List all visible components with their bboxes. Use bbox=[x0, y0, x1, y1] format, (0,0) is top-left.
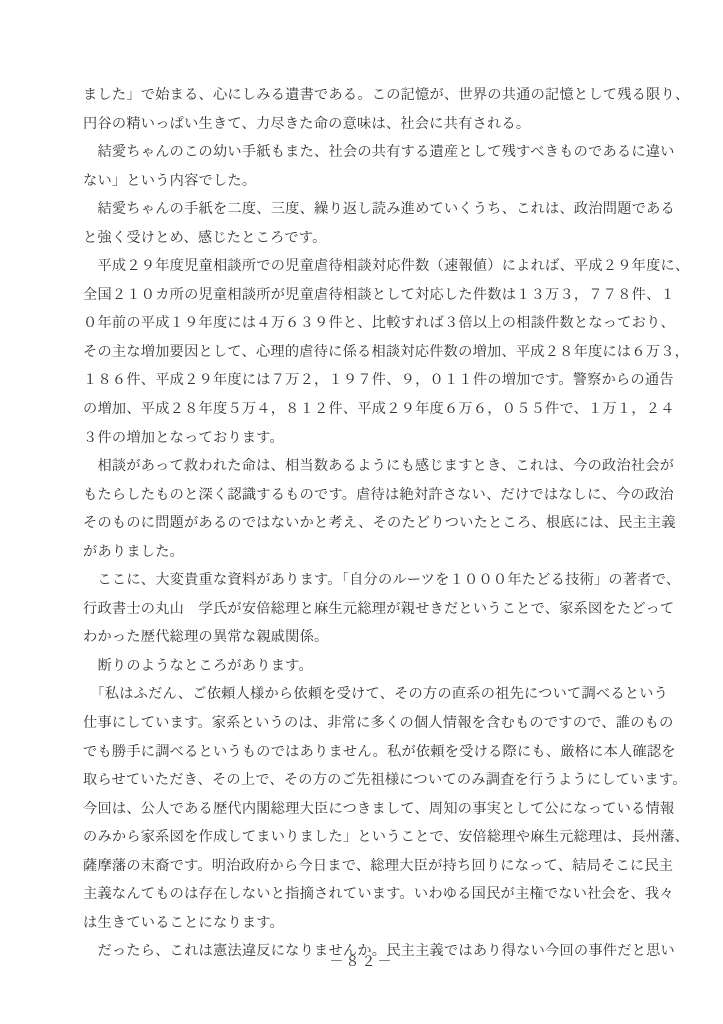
document-page: ました」で始まる、心にしみる遺書である。この記憶が、世界の共通の記憶として残る限… bbox=[0, 0, 723, 1024]
text-line: 断りのようなところがあります。 bbox=[83, 652, 679, 681]
text-line: その主な増加要因として、心理的虐待に係る相談対応件数の増加、平成２８年度には６万… bbox=[83, 338, 679, 367]
text-line: 円谷の精いっぱい生きて、力尽きた命の意味は、社会に共有される。 bbox=[83, 110, 679, 139]
page-number: －８２－ bbox=[330, 955, 394, 970]
text-line: と強く受けとめ、感じたところです。 bbox=[83, 224, 679, 253]
text-line: 行政書士の丸山 学氏が安倍総理と麻生元総理が親せきだということで、家系図をたどっ… bbox=[83, 595, 679, 624]
text-line: 「私はふだん、ご依頼人様から依頼を受けて、その方の直系の祖先について調べるという bbox=[83, 680, 679, 709]
text-line: 取らせていただき、その上で、その方のご先祖様についてのみ調査を行うようにしていま… bbox=[83, 766, 679, 795]
text-line: 結愛ちゃんの手紙を二度、三度、繰り返し読み進めていくうち、これは、政治問題である bbox=[83, 195, 679, 224]
text-line: ました」で始まる、心にしみる遺書である。この記憶が、世界の共通の記憶として残る限… bbox=[83, 81, 679, 110]
text-line: ない」という内容でした。 bbox=[83, 167, 679, 196]
text-line: １８６件、平成２９年度には７万２，１９７件、９，０１１件の増加です。警察からの通… bbox=[83, 366, 679, 395]
text-line: わかった歴代総理の異常な親戚関係。 bbox=[83, 623, 679, 652]
text-line: 全国２１０カ所の児童相談所が児童虐待相談として対応した件数は１３万３，７７８件、… bbox=[83, 281, 679, 310]
text-line: でも勝手に調べるというものではありません。私が依頼を受ける際にも、厳格に本人確認… bbox=[83, 738, 679, 767]
text-line: 主義なんてものは存在しないと指摘されています。いわゆる国民が主権でない社会を、我… bbox=[83, 880, 679, 909]
text-line: のみから家系図を作成してまいりました」ということで、安倍総理や麻生元総理は、長州… bbox=[83, 823, 679, 852]
text-line: そのものに問題があるのではないかと考え、そのたどりついたところ、根底には、民主主… bbox=[83, 509, 679, 538]
body-text: ました」で始まる、心にしみる遺書である。この記憶が、世界の共通の記憶として残る限… bbox=[83, 81, 679, 966]
text-line: は生きていることになります。 bbox=[83, 909, 679, 938]
text-line: もたらしたものと深く認識するものです。虐待は絶対許さない、だけではなしに、今の政… bbox=[83, 481, 679, 510]
text-line: 平成２９年度児童相談所での児童虐待相談対応件数（速報値）によれば、平成２９年度に… bbox=[83, 252, 679, 281]
text-line: 結愛ちゃんのこの幼い手紙もまた、社会の共有する遺産として残すべきものであるに違い bbox=[83, 138, 679, 167]
text-line: がありました。 bbox=[83, 538, 679, 567]
text-line: 今回は、公人である歴代内閣総理大臣につきまして、周知の事実として公になっている情… bbox=[83, 795, 679, 824]
text-line: 薩摩藩の末裔です。明治政府から今日まで、総理大臣が持ち回りになって、結局そこに民… bbox=[83, 852, 679, 881]
text-line: の増加、平成２８年度５万４，８１２件、平成２９年度６万６，０５５件で、１万１，２… bbox=[83, 395, 679, 424]
page-footer: －８２－ bbox=[0, 951, 723, 971]
text-line: ３件の増加となっております。 bbox=[83, 424, 679, 453]
text-line: 相談があって救われた命は、相当数あるようにも感じますとき、これは、今の政治社会が bbox=[83, 452, 679, 481]
text-line: 仕事にしています。家系というのは、非常に多くの個人情報を含むものですので、誰のも… bbox=[83, 709, 679, 738]
text-line: ここに、大変貴重な資料があります。「自分のルーツを１０００年たどる技術」の著者で… bbox=[83, 566, 679, 595]
text-line: ０年前の平成１９年度には４万６３９件と、比較すれば３倍以上の相談件数となっており… bbox=[83, 309, 679, 338]
